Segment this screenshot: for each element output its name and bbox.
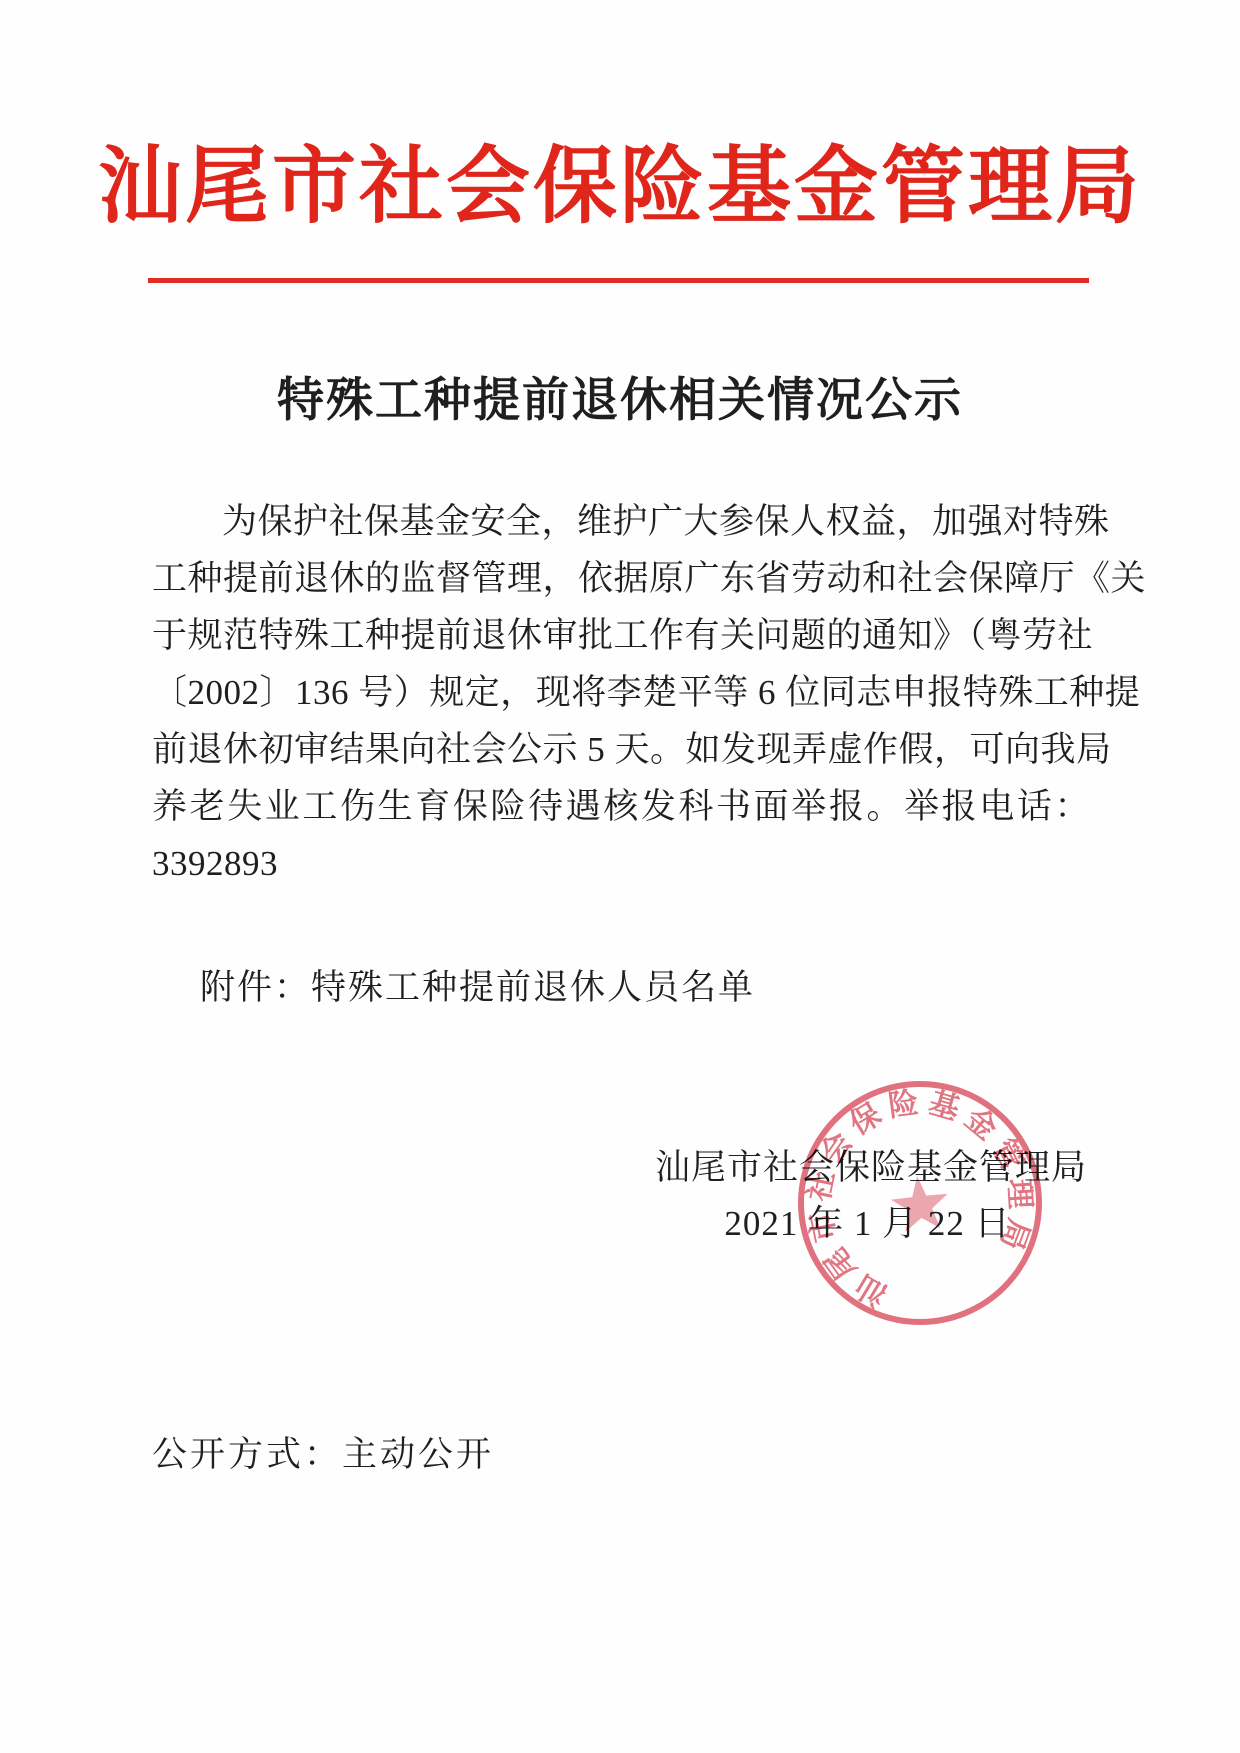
publicity-method-line: 公开方式：主动公开 [152,1433,494,1477]
body-line-2: 工种提前退休的监督管理，依据原广东省劳动和社会保障厅《关 [152,550,1090,607]
document-page: 汕尾市社会保险基金管理局 特殊工种提前退休相关情况公示 为保护社保基金安全，维护… [0,0,1240,1753]
agency-letterhead-title: 汕尾市社会保险基金管理局 [0,140,1240,237]
signature-block: 汕尾市社会保险基金管理局 2021 年 1 月 22 日 [655,1140,1080,1252]
signature-agency-name: 汕尾市社会保险基金管理局 [655,1140,1080,1196]
body-paragraph: 为保护社保基金安全，维护广大参保人权益，加强对特殊 工种提前退休的监督管理，依据… [152,493,1090,892]
body-line-4: 〔2002〕136 号）规定，现将李楚平等 6 位同志申报特殊工种提 [152,664,1090,721]
body-line-1: 为保护社保基金安全，维护广大参保人权益，加强对特殊 [152,493,1090,550]
document-title: 特殊工种提前退休相关情况公示 [0,363,1240,430]
signature-date: 2021 年 1 月 22 日 [655,1196,1080,1252]
letterhead-divider-rule [148,278,1089,283]
attachment-reference: 附件：特殊工种提前退休人员名单 [152,966,1090,1010]
body-line-6: 养老失业工伤生育保险待遇核发科书面举报。举报电话： [152,778,1090,835]
body-line-3: 于规范特殊工种提前退休审批工作有关问题的通知》（粤劳社 [152,607,1090,664]
body-line-phone-number: 3392893 [152,835,1090,892]
body-line-5: 前退休初审结果向社会公示 5 天。如发现弄虚作假，可向我局 [152,721,1090,778]
